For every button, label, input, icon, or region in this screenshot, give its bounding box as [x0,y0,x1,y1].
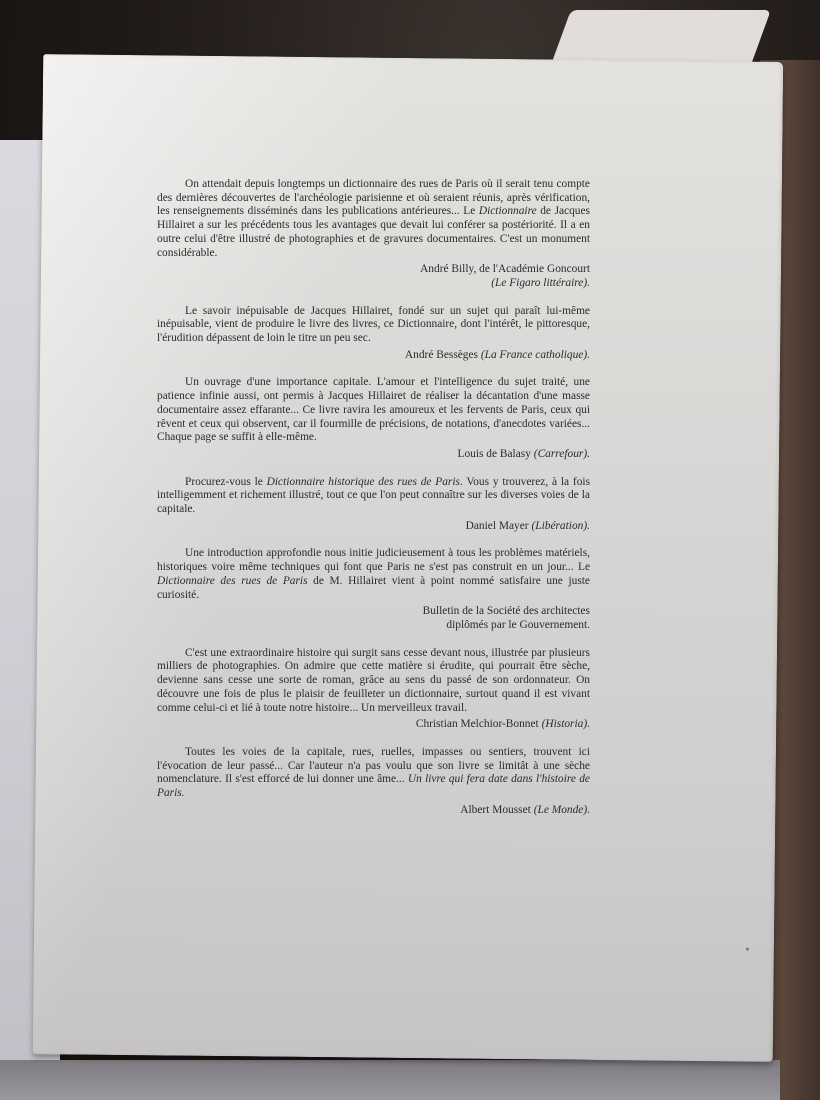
quote-source: (Carrefour). [534,448,590,460]
quote-text: Procurez-vous le Dictionnaire historique… [157,476,590,517]
review-quote: Une introduction approfondie nous initie… [157,547,590,632]
quote-italic-text: Dictionnaire des rues de Paris [157,575,308,587]
quote-text-segment: Une introduction approfondie nous initie… [157,547,590,573]
sheet-shadow-bottom [0,1060,780,1100]
quote-italic-text: Dictionnaire [479,205,537,217]
review-quote: On attendait depuis longtemps un diction… [157,178,590,291]
quote-source: (Le Figaro littéraire). [157,277,590,291]
quote-author: André Billy, de l'Académie Goncourt [157,263,590,277]
quote-author: Christian Melchior-Bonnet [416,718,539,730]
quote-text-segment: Procurez-vous le [185,476,267,488]
quote-author: Louis de Balasy [458,448,531,460]
quote-author-line2: diplômés par le Gouvernement. [157,619,590,633]
quote-text-segment: Un ouvrage d'une importance capitale. L'… [157,376,590,443]
quote-author: Bulletin de la Société des architectes [423,605,590,617]
review-quote: Un ouvrage d'une importance capitale. L'… [157,376,590,461]
review-quote: Procurez-vous le Dictionnaire historique… [157,476,590,534]
quote-author: Daniel Mayer [466,520,529,532]
quote-text-segment: C'est une extraordinaire histoire qui su… [157,647,590,714]
quote-author: Albert Mousset [460,804,531,816]
cover-speck [746,948,749,951]
quote-text: Un ouvrage d'une importance capitale. L'… [157,376,590,445]
quote-attribution: Bulletin de la Société des architectesdi… [157,605,590,632]
quote-attribution: André Billy, de l'Académie Goncourt(Le F… [157,263,590,290]
quote-author: André Bessèges [405,349,478,361]
quote-source: (Historia). [542,718,590,730]
review-quote: Le savoir inépuisable de Jacques Hillair… [157,305,590,363]
quote-italic-text: Dictionnaire historique des rues de Pari… [267,476,460,488]
quote-attribution: Daniel Mayer (Libération). [157,520,590,534]
quote-text: On attendait depuis longtemps un diction… [157,178,590,260]
quote-text-segment: Le savoir inépuisable de Jacques Hillair… [157,305,590,344]
quote-source: (Libération). [531,520,590,532]
quote-text: Toutes les voies de la capitale, rues, r… [157,746,590,801]
quote-text: C'est une extraordinaire histoire qui su… [157,647,590,716]
quote-attribution: Albert Mousset (Le Monde). [157,804,590,818]
quote-attribution: André Bessèges (La France catholique). [157,349,590,363]
quote-text: Le savoir inépuisable de Jacques Hillair… [157,305,590,346]
quote-source: (Le Monde). [534,804,590,816]
quote-text: Une introduction approfondie nous initie… [157,547,590,602]
quote-attribution: Christian Melchior-Bonnet (Historia). [157,718,590,732]
review-quote: Toutes les voies de la capitale, rues, r… [157,746,590,818]
review-quote: C'est une extraordinaire histoire qui su… [157,647,590,732]
quote-source: (La France catholique). [481,349,590,361]
review-quotes: On attendait depuis longtemps un diction… [157,178,590,831]
quote-attribution: Louis de Balasy (Carrefour). [157,448,590,462]
